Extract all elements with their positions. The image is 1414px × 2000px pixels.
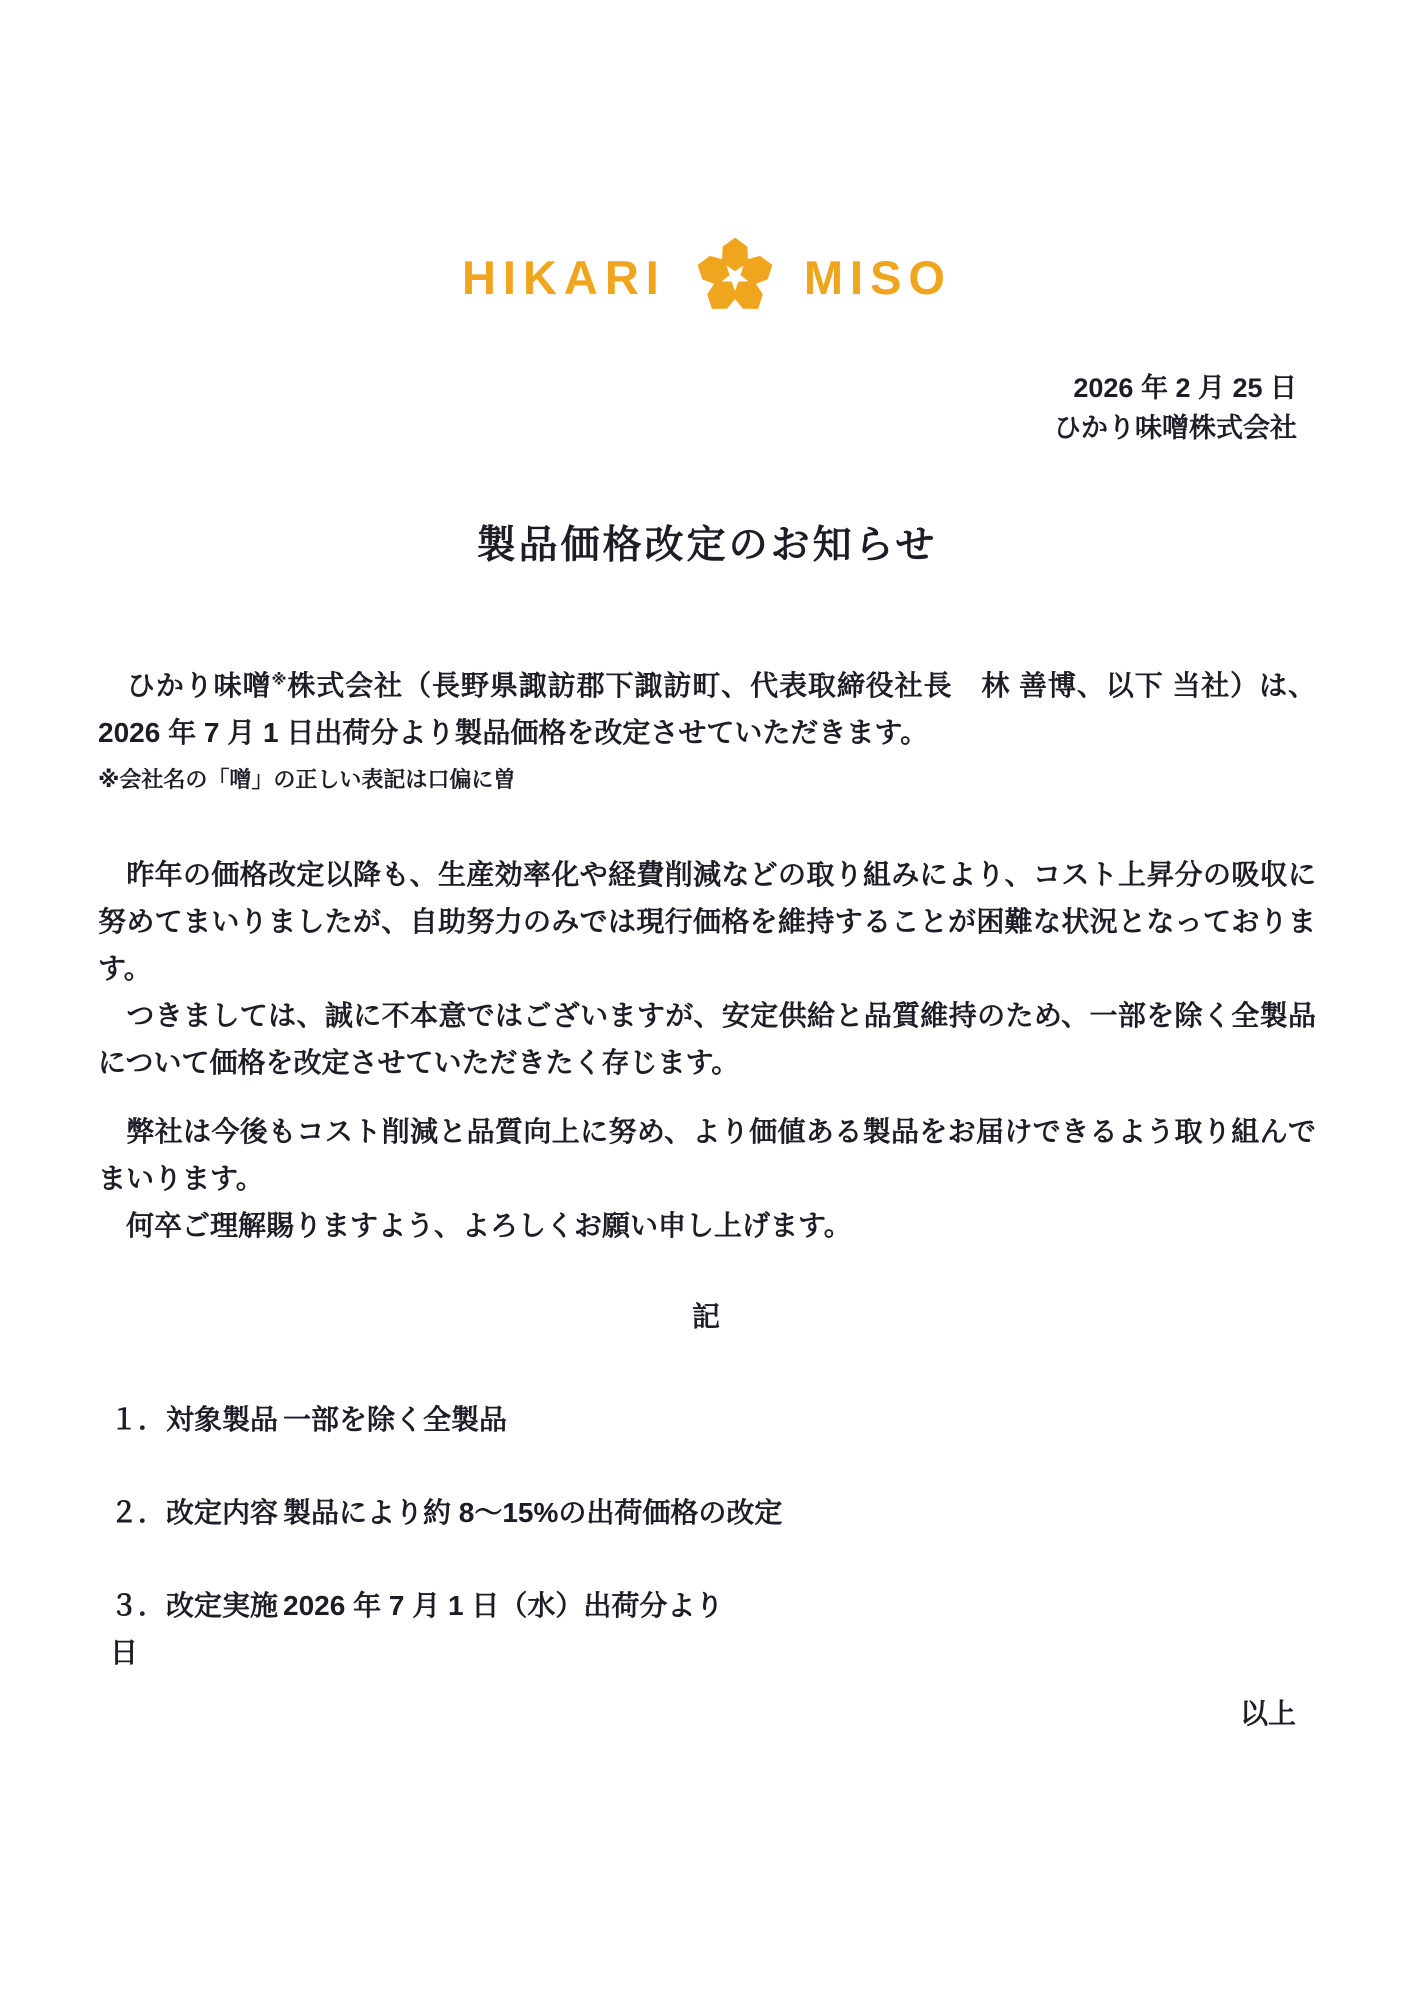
document-body: ひかり味噌※株式会社（長野県諏訪郡下諏訪町、代表取締役社長 林 善博、以下 当社… xyxy=(98,662,1316,1737)
logo-word-miso: MISO xyxy=(804,254,952,301)
paragraph-revision-request: つきましては、誠に不本意ではございますが、安定供給と品質維持のため、一部を除く全… xyxy=(98,992,1316,1086)
notice-item-label: ２．改定内容 xyxy=(110,1489,283,1536)
notice-marker-ki: 記 xyxy=(98,1293,1316,1340)
notice-item-label: ３．改定実施日 xyxy=(110,1582,283,1676)
notice-item-target-products: １．対象製品 一部を除く全製品 xyxy=(98,1396,1316,1443)
document-page: HIKARI MISO 2026 年 2 月 25 日 ひかり味噌株式会社 製品… xyxy=(0,0,1414,2000)
logo-word-hikari: HIKARI xyxy=(462,254,666,301)
notice-item-effective-date: ３．改定実施日 2026 年 7 月 1 日（水）出荷分より xyxy=(98,1582,1316,1676)
document-date: 2026 年 2 月 25 日 xyxy=(0,368,1297,408)
paragraph-intro-prefix: ひかり味噌 xyxy=(98,670,272,701)
paragraph-closing-request: 何卒ご理解賜りますよう、よろしくお願い申し上げます。 xyxy=(98,1202,1316,1249)
notice-item-revision-details: ２．改定内容 製品により約 8～15%の出荷価格の改定 xyxy=(98,1489,1316,1536)
paragraph-background: 昨年の価格改定以降も、生産効率化や経費削減などの取り組みにより、コスト上昇分の吸… xyxy=(98,851,1316,992)
notice-item-value: 一部を除く全製品 xyxy=(283,1396,1316,1443)
notice-item-value: 製品により約 8～15%の出荷価格の改定 xyxy=(283,1489,1316,1536)
paragraph-intro: ひかり味噌※株式会社（長野県諏訪郡下諏訪町、代表取締役社長 林 善博、以下 当社… xyxy=(98,662,1316,756)
document-header-meta: 2026 年 2 月 25 日 ひかり味噌株式会社 xyxy=(0,368,1414,448)
blossom-icon xyxy=(694,236,776,318)
kome-reference-mark: ※ xyxy=(272,672,288,689)
company-name: ひかり味噌株式会社 xyxy=(0,408,1297,448)
document-title: 製品価格改定のお知らせ xyxy=(0,514,1414,570)
paragraph-commitment: 弊社は今後もコスト削減と品質向上に努め、より価値ある製品をお届けできるよう取り組… xyxy=(98,1108,1316,1202)
closing-marker-ijou: 以上 xyxy=(98,1690,1316,1737)
footnote-miso-kanji: ※会社名の「噌」の正しい表記は口偏に曽 xyxy=(98,756,1316,803)
notice-item-value: 2026 年 7 月 1 日（水）出荷分より xyxy=(283,1582,1316,1676)
notice-item-label: １．対象製品 xyxy=(110,1396,283,1443)
company-logo: HIKARI MISO xyxy=(0,0,1414,318)
